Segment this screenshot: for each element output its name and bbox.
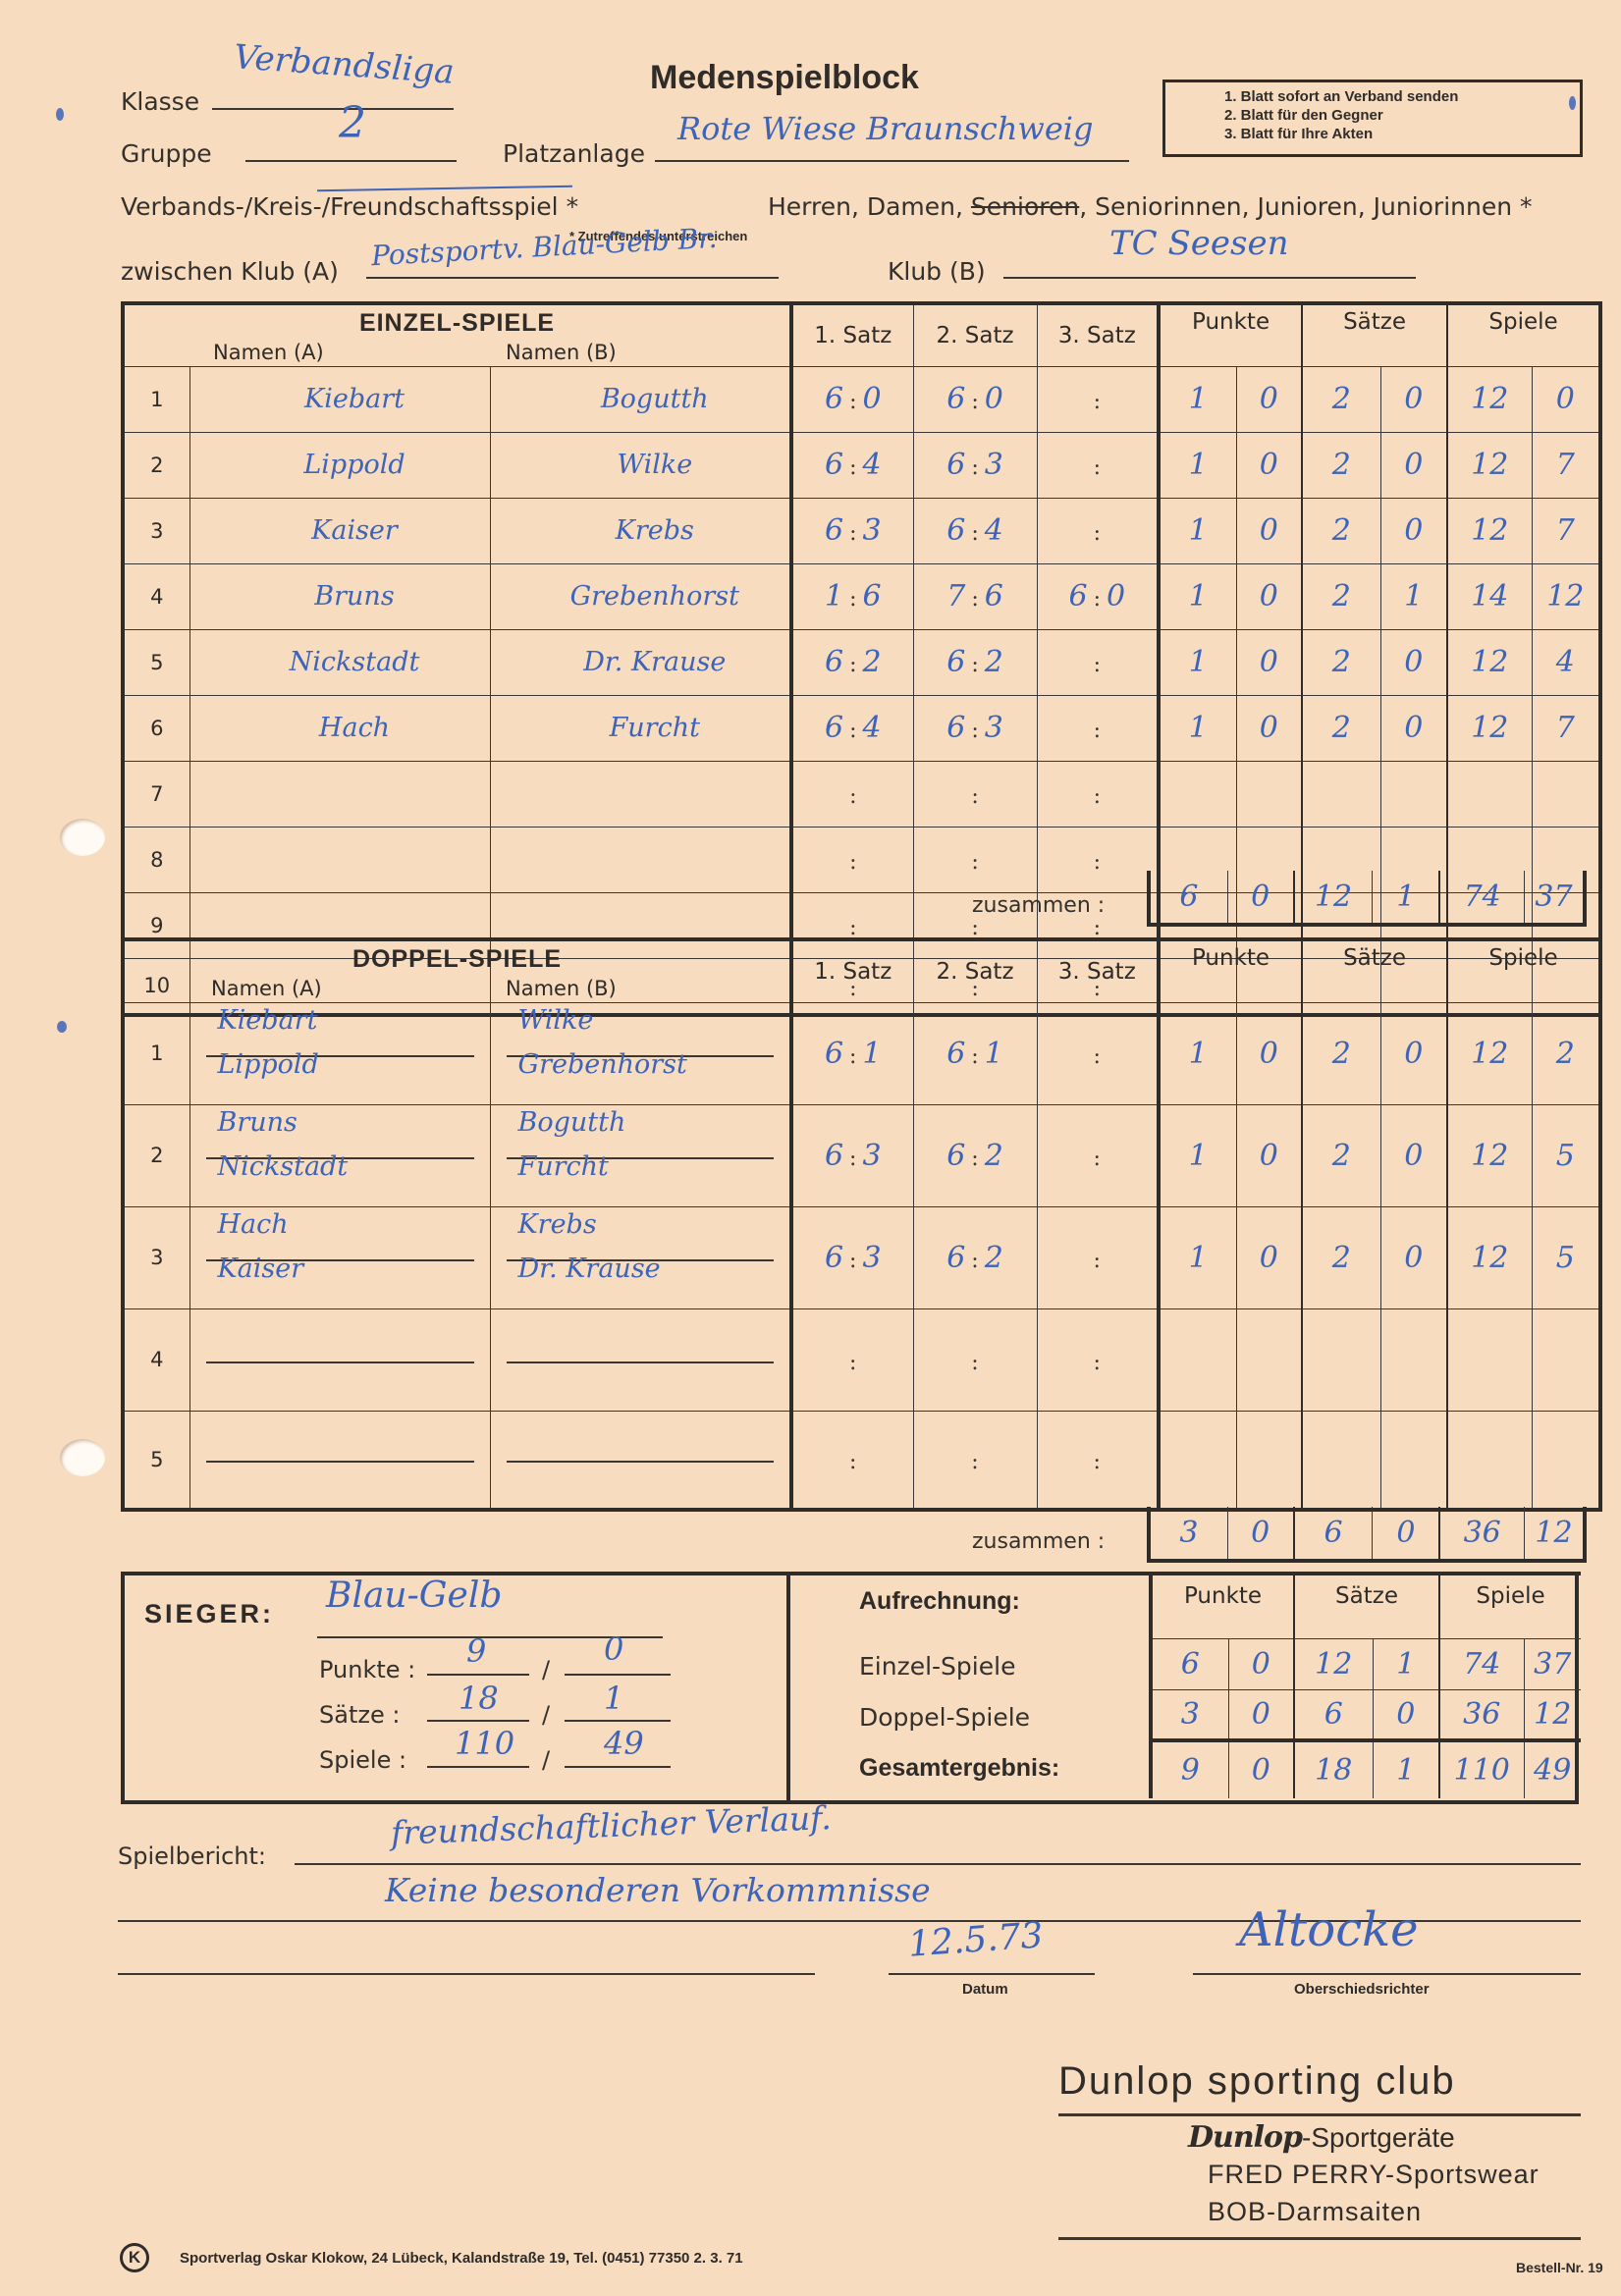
punkte-a[interactable]: 1 — [1159, 498, 1236, 563]
satz2-score-b: 6 — [985, 579, 1003, 614]
platzanlage-value[interactable]: Rote Wiese Braunschweig — [677, 110, 1093, 147]
satz3-score[interactable]: : — [1037, 1002, 1159, 1104]
saetze-b[interactable] — [1380, 1411, 1447, 1510]
satz3-score[interactable]: : — [1037, 366, 1159, 432]
satz1-score-a: 6 — [825, 1037, 843, 1071]
satz1-score[interactable]: 6:4 — [791, 695, 913, 761]
satz1-score[interactable]: : — [791, 1411, 913, 1510]
sieger-saetze-a[interactable]: 18 — [459, 1680, 499, 1717]
saetze-b[interactable]: 1 — [1373, 1638, 1439, 1689]
punkte-b[interactable]: 0 — [1236, 432, 1302, 498]
gruppe-value[interactable]: 2 — [339, 98, 366, 148]
spiele-a[interactable] — [1447, 761, 1532, 827]
satz2-score[interactable]: 6:2 — [913, 1206, 1037, 1308]
saetze-a[interactable]: 2 — [1302, 1206, 1380, 1308]
punkte-b[interactable]: 0 — [1236, 366, 1302, 432]
name-line — [507, 1461, 775, 1463]
score-colon: : — [1094, 1044, 1101, 1069]
team-b-pair — [491, 1412, 790, 1508]
punch-hole-bottom — [60, 1439, 105, 1476]
team-b-player-1: Krebs — [518, 1209, 597, 1240]
player-b-name[interactable]: Furcht — [490, 695, 791, 761]
satz3-score[interactable]: : — [1037, 498, 1159, 563]
saetze-b[interactable]: 1 — [1373, 1740, 1439, 1798]
einzel-title-cell: EINZEL-SPIELE Namen (A) Namen (B) — [123, 303, 791, 366]
saetze-b[interactable]: 0 — [1380, 629, 1447, 695]
satz1-score[interactable]: 6:2 — [791, 629, 913, 695]
team-b[interactable] — [490, 1308, 791, 1411]
spiele-a[interactable]: 110 — [1439, 1740, 1524, 1798]
score-colon: : — [971, 455, 978, 480]
spiele-b[interactable]: 2 — [1532, 1002, 1600, 1104]
satz1-score[interactable]: 6:3 — [791, 498, 913, 563]
datum-value[interactable]: 12.5.73 — [907, 1915, 1045, 1964]
ink-spot — [57, 1021, 67, 1033]
satz3-score[interactable]: : — [1037, 827, 1159, 892]
saetze-a[interactable]: 2 — [1302, 629, 1380, 695]
satz1-score[interactable]: : — [791, 1308, 913, 1411]
klub-b-value[interactable]: TC Seesen — [1109, 224, 1289, 263]
saetze-a[interactable]: 2 — [1302, 366, 1380, 432]
satz1-score-a: 6 — [825, 382, 843, 416]
punkte-a[interactable]: 1 — [1159, 1002, 1236, 1104]
punkte-a[interactable]: 1 — [1159, 1104, 1236, 1206]
satz2-score-a: 6 — [946, 382, 965, 416]
score-colon: : — [971, 784, 978, 809]
punkte-a[interactable]: 1 — [1159, 563, 1236, 629]
punkte-a[interactable]: 6 — [1151, 1638, 1228, 1689]
team-a[interactable]: BrunsNickstadt — [189, 1104, 490, 1206]
score-colon: : — [1094, 850, 1101, 875]
einzel-row: 4BrunsGrebenhorst1:67:66:010211412 — [123, 563, 1600, 629]
satz3-score[interactable]: 6:0 — [1037, 563, 1159, 629]
punkte-a[interactable]: 1 — [1159, 366, 1236, 432]
spiele-header: Spiele — [1447, 303, 1600, 366]
satz1-score[interactable]: 6:0 — [791, 366, 913, 432]
result-box-divider — [786, 1575, 790, 1800]
score-colon: : — [971, 1147, 978, 1171]
doppel-total-spiele-a[interactable]: 36 — [1438, 1507, 1524, 1559]
einzel-row: 6HachFurcht6:46:3:1020127 — [123, 695, 1600, 761]
spiele-a[interactable]: 12 — [1447, 1104, 1532, 1206]
satz3-score[interactable]: : — [1037, 761, 1159, 827]
saetze-b[interactable]: 0 — [1380, 432, 1447, 498]
team-b[interactable] — [490, 1411, 791, 1510]
saetze-b[interactable]: 1 — [1380, 563, 1447, 629]
satz2-score-a: 6 — [946, 1139, 965, 1173]
freundschaftsspiel-underline — [317, 186, 572, 192]
player-a-name[interactable]: Hach — [189, 695, 490, 761]
satz2-score[interactable]: 6:2 — [913, 629, 1037, 695]
einzel-row: 2LippoldWilke6:46:3:1020127 — [123, 432, 1600, 498]
klub-a-value[interactable]: Postsportv. Blau-Gelb Br. — [370, 222, 718, 272]
player-b-name[interactable] — [490, 827, 791, 892]
satz1-score[interactable]: 6:3 — [791, 1206, 913, 1308]
referee-signature[interactable]: Altocke — [1239, 1902, 1419, 1957]
satz1-score[interactable]: : — [791, 827, 913, 892]
player-a-name[interactable]: Kaiser — [189, 498, 490, 563]
player-a-name[interactable]: Bruns — [189, 563, 490, 629]
score-colon: : — [849, 390, 856, 414]
doppel-row: 1KiebartLippoldWilkeGrebenhorst6:16:1:10… — [123, 1002, 1600, 1104]
score-colon: : — [971, 653, 978, 677]
doppel-title-cell: DOPPEL-SPIELE Namen (A) Namen (B) — [123, 939, 791, 1002]
saetze-a[interactable] — [1302, 1411, 1380, 1510]
sieger-value[interactable]: Blau-Gelb — [326, 1575, 502, 1616]
satz1-score-b: 3 — [862, 1241, 881, 1275]
satz3-header: 3. Satz — [1037, 303, 1159, 366]
spielart-label: Verbands-/Kreis-/Freundschaftsspiel * — [121, 192, 578, 221]
punkte-b[interactable]: 0 — [1236, 1104, 1302, 1206]
spiele-b[interactable]: 5 — [1532, 1206, 1600, 1308]
einzel-zusammen-label: zusammen : — [972, 893, 1105, 918]
spiele-a[interactable] — [1447, 1308, 1532, 1411]
score-colon: : — [1094, 1147, 1101, 1171]
punkte-header: Punkte — [1159, 939, 1302, 1002]
team-b[interactable]: BogutthFurcht — [490, 1104, 791, 1206]
aufrechnung-doppel-label: Doppel-Spiele — [859, 1703, 1030, 1732]
satz1-score-b: 6 — [862, 579, 881, 614]
sieger-saetze-b[interactable]: 1 — [604, 1680, 623, 1717]
form-title: Medenspielblock — [650, 59, 919, 97]
punkte-a[interactable] — [1159, 1411, 1236, 1510]
doppel-total-spiele-b[interactable]: 12 — [1524, 1507, 1583, 1559]
score-colon: : — [1094, 587, 1101, 612]
satz3-score[interactable]: : — [1037, 432, 1159, 498]
einzel-total-saetze-a[interactable]: 12 — [1293, 871, 1373, 923]
doppel-total-punkte-a[interactable]: 3 — [1151, 1507, 1227, 1559]
saetze-a[interactable]: 2 — [1302, 432, 1380, 498]
spiele-a[interactable]: 12 — [1447, 1206, 1532, 1308]
spiele-a[interactable]: 12 — [1447, 366, 1532, 432]
aufrechnung-table: Punkte Sätze Spiele 601217437 30603612 9… — [1149, 1572, 1581, 1798]
score-colon: : — [971, 587, 978, 612]
score-colon: : — [849, 455, 856, 480]
klub-b-field-line — [1003, 277, 1416, 279]
namen-a-header: Namen (A) — [213, 341, 324, 364]
spiele-b[interactable]: 7 — [1532, 498, 1600, 563]
saetze-a[interactable]: 2 — [1302, 1104, 1380, 1206]
spiele-a[interactable]: 12 — [1447, 1002, 1532, 1104]
score-colon: : — [1094, 455, 1101, 480]
satz1-score-a: 1 — [825, 579, 843, 614]
team-a-player-1: Hach — [218, 1209, 289, 1240]
doppel-table: DOPPEL-SPIELE Namen (A) Namen (B) 1. Sat… — [121, 937, 1602, 1512]
ink-spot — [56, 108, 64, 121]
team-b-pair — [491, 1309, 790, 1410]
einzel-row: 1KiebartBogutth6:06:0:1020120 — [123, 366, 1600, 432]
player-b-name[interactable]: Wilke — [490, 432, 791, 498]
punkte-b[interactable]: 0 — [1236, 695, 1302, 761]
name-line — [206, 1461, 474, 1463]
sieger-spiele-a[interactable]: 110 — [455, 1725, 514, 1762]
punkte-a[interactable] — [1159, 761, 1236, 827]
einzel-total-punkte-a[interactable]: 6 — [1151, 871, 1227, 923]
saetze-b[interactable]: 0 — [1380, 695, 1447, 761]
sieger-punkte-a[interactable]: 9 — [466, 1632, 486, 1670]
team-a-pair — [190, 1309, 490, 1410]
team-b-player-2: Grebenhorst — [518, 1049, 687, 1080]
spiele-a[interactable]: 12 — [1447, 498, 1532, 563]
satz2-score[interactable]: 6:3 — [913, 695, 1037, 761]
saetze-a[interactable] — [1302, 761, 1380, 827]
score-colon: : — [1094, 390, 1101, 414]
punkte-a[interactable] — [1159, 1308, 1236, 1411]
row-number: 8 — [123, 827, 189, 892]
doppel-total-saetze-b[interactable]: 0 — [1372, 1507, 1438, 1559]
einzel-total-spiele-b[interactable]: 37 — [1524, 871, 1583, 923]
saetze-b[interactable] — [1380, 1308, 1447, 1411]
satz2-score-a: 6 — [946, 1037, 965, 1071]
brand-title: Dunlop sporting club — [1058, 2059, 1456, 2104]
satz2-score[interactable]: 6:4 — [913, 498, 1037, 563]
score-colon: : — [849, 521, 856, 546]
satz2-score[interactable]: : — [913, 761, 1037, 827]
score-colon: : — [1094, 1450, 1101, 1474]
satz1-score-b: 3 — [862, 513, 881, 548]
satz2-score-b: 4 — [985, 513, 1003, 548]
spiele-b[interactable] — [1532, 1411, 1600, 1510]
name-line — [206, 1362, 474, 1363]
punkte-b[interactable] — [1236, 1308, 1302, 1411]
saetze-b[interactable]: 0 — [1380, 498, 1447, 563]
spiele-b[interactable]: 4 — [1532, 629, 1600, 695]
team-a-pair — [190, 1412, 490, 1508]
satz1-score-a: 6 — [825, 711, 843, 745]
satz2-score[interactable]: : — [913, 1411, 1037, 1510]
spiele-b[interactable]: 0 — [1532, 366, 1600, 432]
punkte-b[interactable]: 0 — [1228, 1638, 1294, 1689]
satz2-score-a: 6 — [946, 1241, 965, 1275]
spiele-a[interactable]: 12 — [1447, 695, 1532, 761]
satz2-score-a: 7 — [946, 579, 965, 614]
satz2-score[interactable]: : — [913, 1308, 1037, 1411]
team-a[interactable] — [189, 1411, 490, 1510]
player-a-name[interactable] — [189, 827, 490, 892]
doppel-total-saetze-a[interactable]: 6 — [1293, 1507, 1373, 1559]
saetze-a[interactable]: 2 — [1302, 563, 1380, 629]
bericht-text-2[interactable]: Keine besonderen Vorkommnisse — [385, 1871, 931, 1909]
score-colon: : — [971, 1044, 978, 1069]
notice-line-3: 3. Blatt für Ihre Akten — [1224, 125, 1580, 143]
saetze-a[interactable]: 2 — [1302, 498, 1380, 563]
punkte-a[interactable]: 1 — [1159, 1206, 1236, 1308]
satz1-score-b: 3 — [862, 1139, 881, 1173]
score-colon: : — [1094, 784, 1101, 809]
klub-b-label: Klub (B) — [888, 257, 986, 286]
sieger-spiele-b[interactable]: 49 — [604, 1725, 644, 1762]
brand-top-rule — [1058, 2113, 1581, 2116]
score-colon: : — [849, 719, 856, 743]
brand-line-1-text: -Sportgeräte — [1302, 2122, 1455, 2153]
row-number: 1 — [123, 366, 189, 432]
satz1-score[interactable]: 6:3 — [791, 1104, 913, 1206]
punkte-b[interactable]: 0 — [1236, 498, 1302, 563]
datum-line — [889, 1973, 1095, 1975]
saetze-b[interactable]: 0 — [1380, 1104, 1447, 1206]
punkte-b[interactable]: 0 — [1228, 1740, 1294, 1798]
doppel-total-punkte-b[interactable]: 0 — [1227, 1507, 1293, 1559]
saetze-a[interactable]: 12 — [1294, 1638, 1373, 1689]
saetze-a[interactable] — [1302, 1308, 1380, 1411]
spiele-a[interactable]: 14 — [1447, 563, 1532, 629]
sieger-punkte-slash: / — [542, 1656, 550, 1683]
satz2-score[interactable]: 6:2 — [913, 1104, 1037, 1206]
einzel-total-punkte-b[interactable]: 0 — [1227, 871, 1293, 923]
score-colon: : — [849, 1450, 856, 1474]
punkte-b[interactable]: 0 — [1236, 1206, 1302, 1308]
satz1-score[interactable]: 6:4 — [791, 432, 913, 498]
spiele-b[interactable]: 12 — [1524, 1689, 1581, 1740]
satz2-score-a: 6 — [946, 448, 965, 482]
brand-bottom-rule — [1058, 2237, 1581, 2240]
saetze-b[interactable]: 0 — [1380, 1206, 1447, 1308]
player-b-name[interactable]: Dr. Krause — [490, 629, 791, 695]
spiele-b[interactable] — [1532, 761, 1600, 827]
satz2-score-b: 2 — [985, 645, 1003, 679]
player-b-name[interactable] — [490, 761, 791, 827]
spiele-a[interactable]: 12 — [1447, 432, 1532, 498]
saetze-b[interactable] — [1380, 761, 1447, 827]
sieger-label: SIEGER: — [144, 1599, 274, 1629]
punkte-a[interactable]: 1 — [1159, 629, 1236, 695]
score-colon: : — [1094, 653, 1101, 677]
score-colon: : — [849, 1351, 856, 1375]
spiele-b[interactable] — [1532, 1308, 1600, 1411]
punkte-header: Punkte — [1159, 303, 1302, 366]
score-colon: : — [849, 587, 856, 612]
row-number: 5 — [123, 629, 189, 695]
satz1-score[interactable]: 6:1 — [791, 1002, 913, 1104]
satz3-score[interactable]: : — [1037, 1308, 1159, 1411]
klasse-value[interactable]: Verbandsliga — [233, 37, 456, 92]
satz1-score-b: 2 — [862, 645, 881, 679]
player-a-name[interactable] — [189, 761, 490, 827]
klub-a-field-line — [366, 277, 779, 279]
team-a[interactable] — [189, 1308, 490, 1411]
punkte-b[interactable] — [1236, 1411, 1302, 1510]
aufrechnung-header-row: Punkte Sätze Spiele — [1151, 1574, 1581, 1638]
saetze-a[interactable]: 6 — [1294, 1689, 1373, 1740]
punkte-a[interactable]: 1 — [1159, 432, 1236, 498]
punkte-b[interactable]: 0 — [1236, 629, 1302, 695]
punkte-b[interactable]: 0 — [1236, 1002, 1302, 1104]
team-a[interactable]: HachKaiser — [189, 1206, 490, 1308]
player-a-name[interactable]: Nickstadt — [189, 629, 490, 695]
einzel-total-spiele-a[interactable]: 74 — [1438, 871, 1524, 923]
row-number: 7 — [123, 761, 189, 827]
punkte-a[interactable]: 3 — [1151, 1689, 1228, 1740]
order-number: Bestell-Nr. 19 — [1516, 2260, 1603, 2275]
saetze-a[interactable]: 2 — [1302, 1002, 1380, 1104]
sieger-punkte-b[interactable]: 0 — [604, 1630, 623, 1668]
score-colon: : — [971, 521, 978, 546]
score-colon: : — [1094, 521, 1101, 546]
referee-label: Oberschiedsrichter — [1294, 1981, 1430, 1998]
team-b-pair: KrebsDr. Krause — [491, 1207, 790, 1308]
team-b[interactable]: WilkeGrebenhorst — [490, 1002, 791, 1104]
punkte-b[interactable]: 0 — [1236, 563, 1302, 629]
spiele-b[interactable]: 12 — [1532, 563, 1600, 629]
satz1-score[interactable]: 1:6 — [791, 563, 913, 629]
team-b-pair: WilkeGrebenhorst — [491, 1003, 790, 1103]
saetze-header: Sätze — [1302, 303, 1447, 366]
bericht-text-1[interactable]: freundschaftlicher Verlauf. — [390, 1798, 832, 1852]
row-number: 5 — [123, 1411, 189, 1510]
platzanlage-label: Platzanlage — [503, 139, 645, 168]
spiele-b[interactable]: 49 — [1524, 1740, 1581, 1798]
satz3-score[interactable]: : — [1037, 1206, 1159, 1308]
team-a[interactable]: KiebartLippold — [189, 1002, 490, 1104]
satz2-score[interactable]: 6:3 — [913, 432, 1037, 498]
punkte-b[interactable]: 0 — [1228, 1689, 1294, 1740]
satz1-score[interactable]: : — [791, 761, 913, 827]
team-b-player-2: Furcht — [518, 1151, 609, 1182]
team-a-player-2: Nickstadt — [218, 1151, 349, 1182]
saetze-b[interactable]: 0 — [1380, 366, 1447, 432]
player-a-name[interactable]: Lippold — [189, 432, 490, 498]
satz3-score[interactable]: : — [1037, 695, 1159, 761]
player-b-name[interactable]: Bogutth — [490, 366, 791, 432]
satz2-score-b: 2 — [985, 1139, 1003, 1173]
player-b-name[interactable]: Krebs — [490, 498, 791, 563]
punkte-a[interactable]: 1 — [1159, 695, 1236, 761]
score-colon: : — [849, 1147, 856, 1171]
row-number: 1 — [123, 1002, 189, 1104]
satz2-header: 2. Satz — [913, 939, 1037, 1002]
satz3-score[interactable]: : — [1037, 629, 1159, 695]
saetze-a[interactable]: 18 — [1294, 1740, 1373, 1798]
saetze-a[interactable]: 2 — [1302, 695, 1380, 761]
player-a-name[interactable]: Kiebart — [189, 366, 490, 432]
spielart-options: Verbands-/Kreis-/Freundschaftsspiel * — [121, 192, 578, 221]
spiele-a[interactable] — [1447, 1411, 1532, 1510]
punkte-a[interactable]: 9 — [1151, 1740, 1228, 1798]
aufrechnung-gesamt-label: Gesamtergebnis: — [859, 1754, 1059, 1783]
spiele-b[interactable]: 7 — [1532, 695, 1600, 761]
spiele-a[interactable]: 74 — [1439, 1638, 1524, 1689]
spiele-b[interactable]: 7 — [1532, 432, 1600, 498]
satz1-score-b: 4 — [862, 448, 881, 482]
spiele-a[interactable]: 12 — [1447, 629, 1532, 695]
satz3-score[interactable]: : — [1037, 1104, 1159, 1206]
notice-line-2: 2. Blatt für den Gegner — [1224, 106, 1580, 125]
doppel-row: 4::: — [123, 1308, 1600, 1411]
saetze-b[interactable]: 0 — [1373, 1689, 1439, 1740]
sieger-saetze-line-a — [427, 1720, 529, 1722]
satz2-score-a: 6 — [946, 711, 965, 745]
satz2-score[interactable]: 7:6 — [913, 563, 1037, 629]
satz2-score[interactable]: 6:0 — [913, 366, 1037, 432]
satz2-score[interactable]: : — [913, 827, 1037, 892]
spiele-b[interactable]: 37 — [1524, 1638, 1581, 1689]
satz2-score[interactable]: 6:1 — [913, 1002, 1037, 1104]
score-colon: : — [1094, 719, 1101, 743]
satz1-score-a: 6 — [825, 645, 843, 679]
punkte-b[interactable] — [1236, 761, 1302, 827]
einzel-total-saetze-b[interactable]: 1 — [1372, 871, 1438, 923]
saetze-b[interactable]: 0 — [1380, 1002, 1447, 1104]
row-number: 2 — [123, 1104, 189, 1206]
satz1-score-b: 1 — [862, 1037, 881, 1071]
player-b-name[interactable]: Grebenhorst — [490, 563, 791, 629]
spiele-a[interactable]: 36 — [1439, 1689, 1524, 1740]
spiele-b[interactable]: 5 — [1532, 1104, 1600, 1206]
sieger-spiele-label: Spiele : — [319, 1746, 406, 1774]
team-b[interactable]: KrebsDr. Krause — [490, 1206, 791, 1308]
aufrechnung-title: Aufrechnung: — [859, 1587, 1020, 1616]
satz3-score[interactable]: : — [1037, 1411, 1159, 1510]
